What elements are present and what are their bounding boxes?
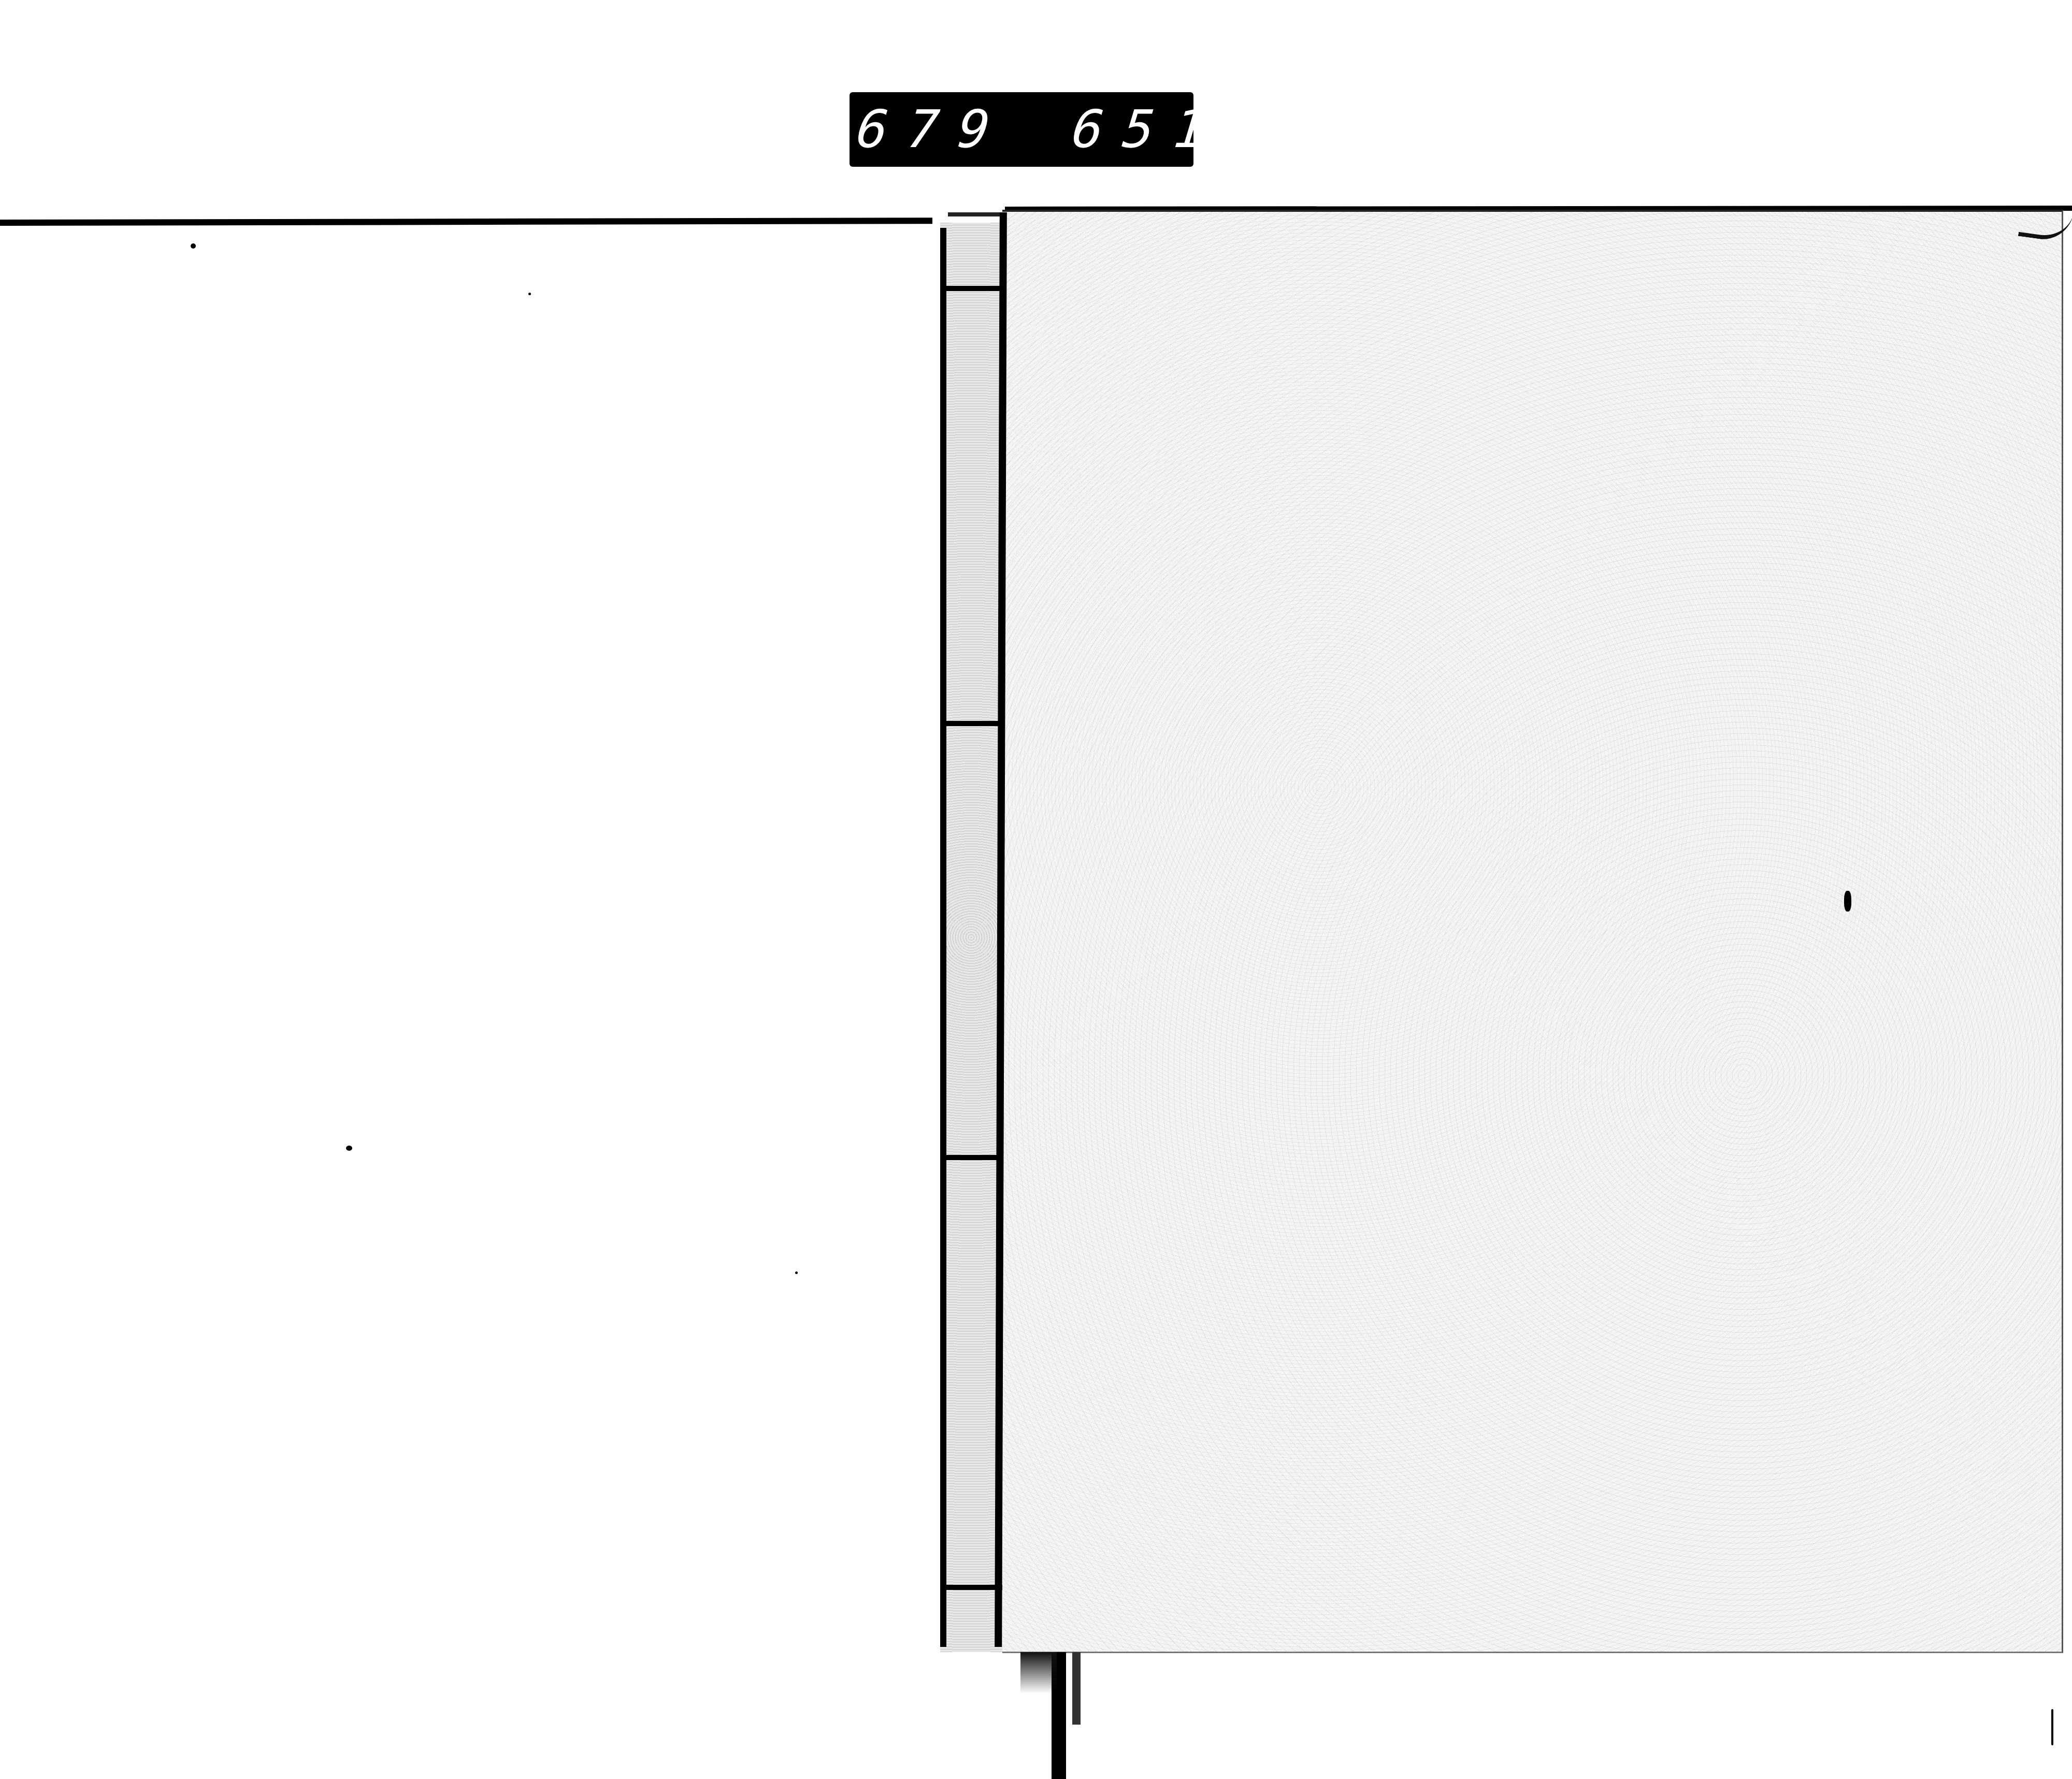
book-cover — [1002, 210, 2063, 1653]
binding-stitch — [945, 1155, 1002, 1160]
binding-stitch — [945, 286, 1002, 291]
frame-counter-left: 679 — [854, 104, 1012, 155]
frame-counter: 679 651. — [850, 92, 1193, 167]
frame-counter-right: 651. — [1070, 104, 1278, 155]
cover-corner-curl — [2018, 201, 2072, 243]
shadow-tail — [1072, 1652, 1081, 1725]
cover-stain — [1844, 891, 1851, 912]
spine-top — [948, 212, 1000, 216]
binding-stitch — [945, 1585, 1002, 1590]
spine-edge — [940, 228, 946, 1647]
binding-stitch — [945, 721, 1002, 726]
dust-speck — [191, 243, 196, 249]
shadow-tail — [1020, 1652, 1057, 1694]
scratch-mark — [2051, 1709, 2053, 1745]
book-spine — [940, 223, 1002, 1652]
dust-speck — [795, 1271, 798, 1274]
dust-speck — [528, 293, 531, 295]
dust-speck — [346, 1146, 352, 1151]
film-edge-line — [0, 218, 932, 226]
